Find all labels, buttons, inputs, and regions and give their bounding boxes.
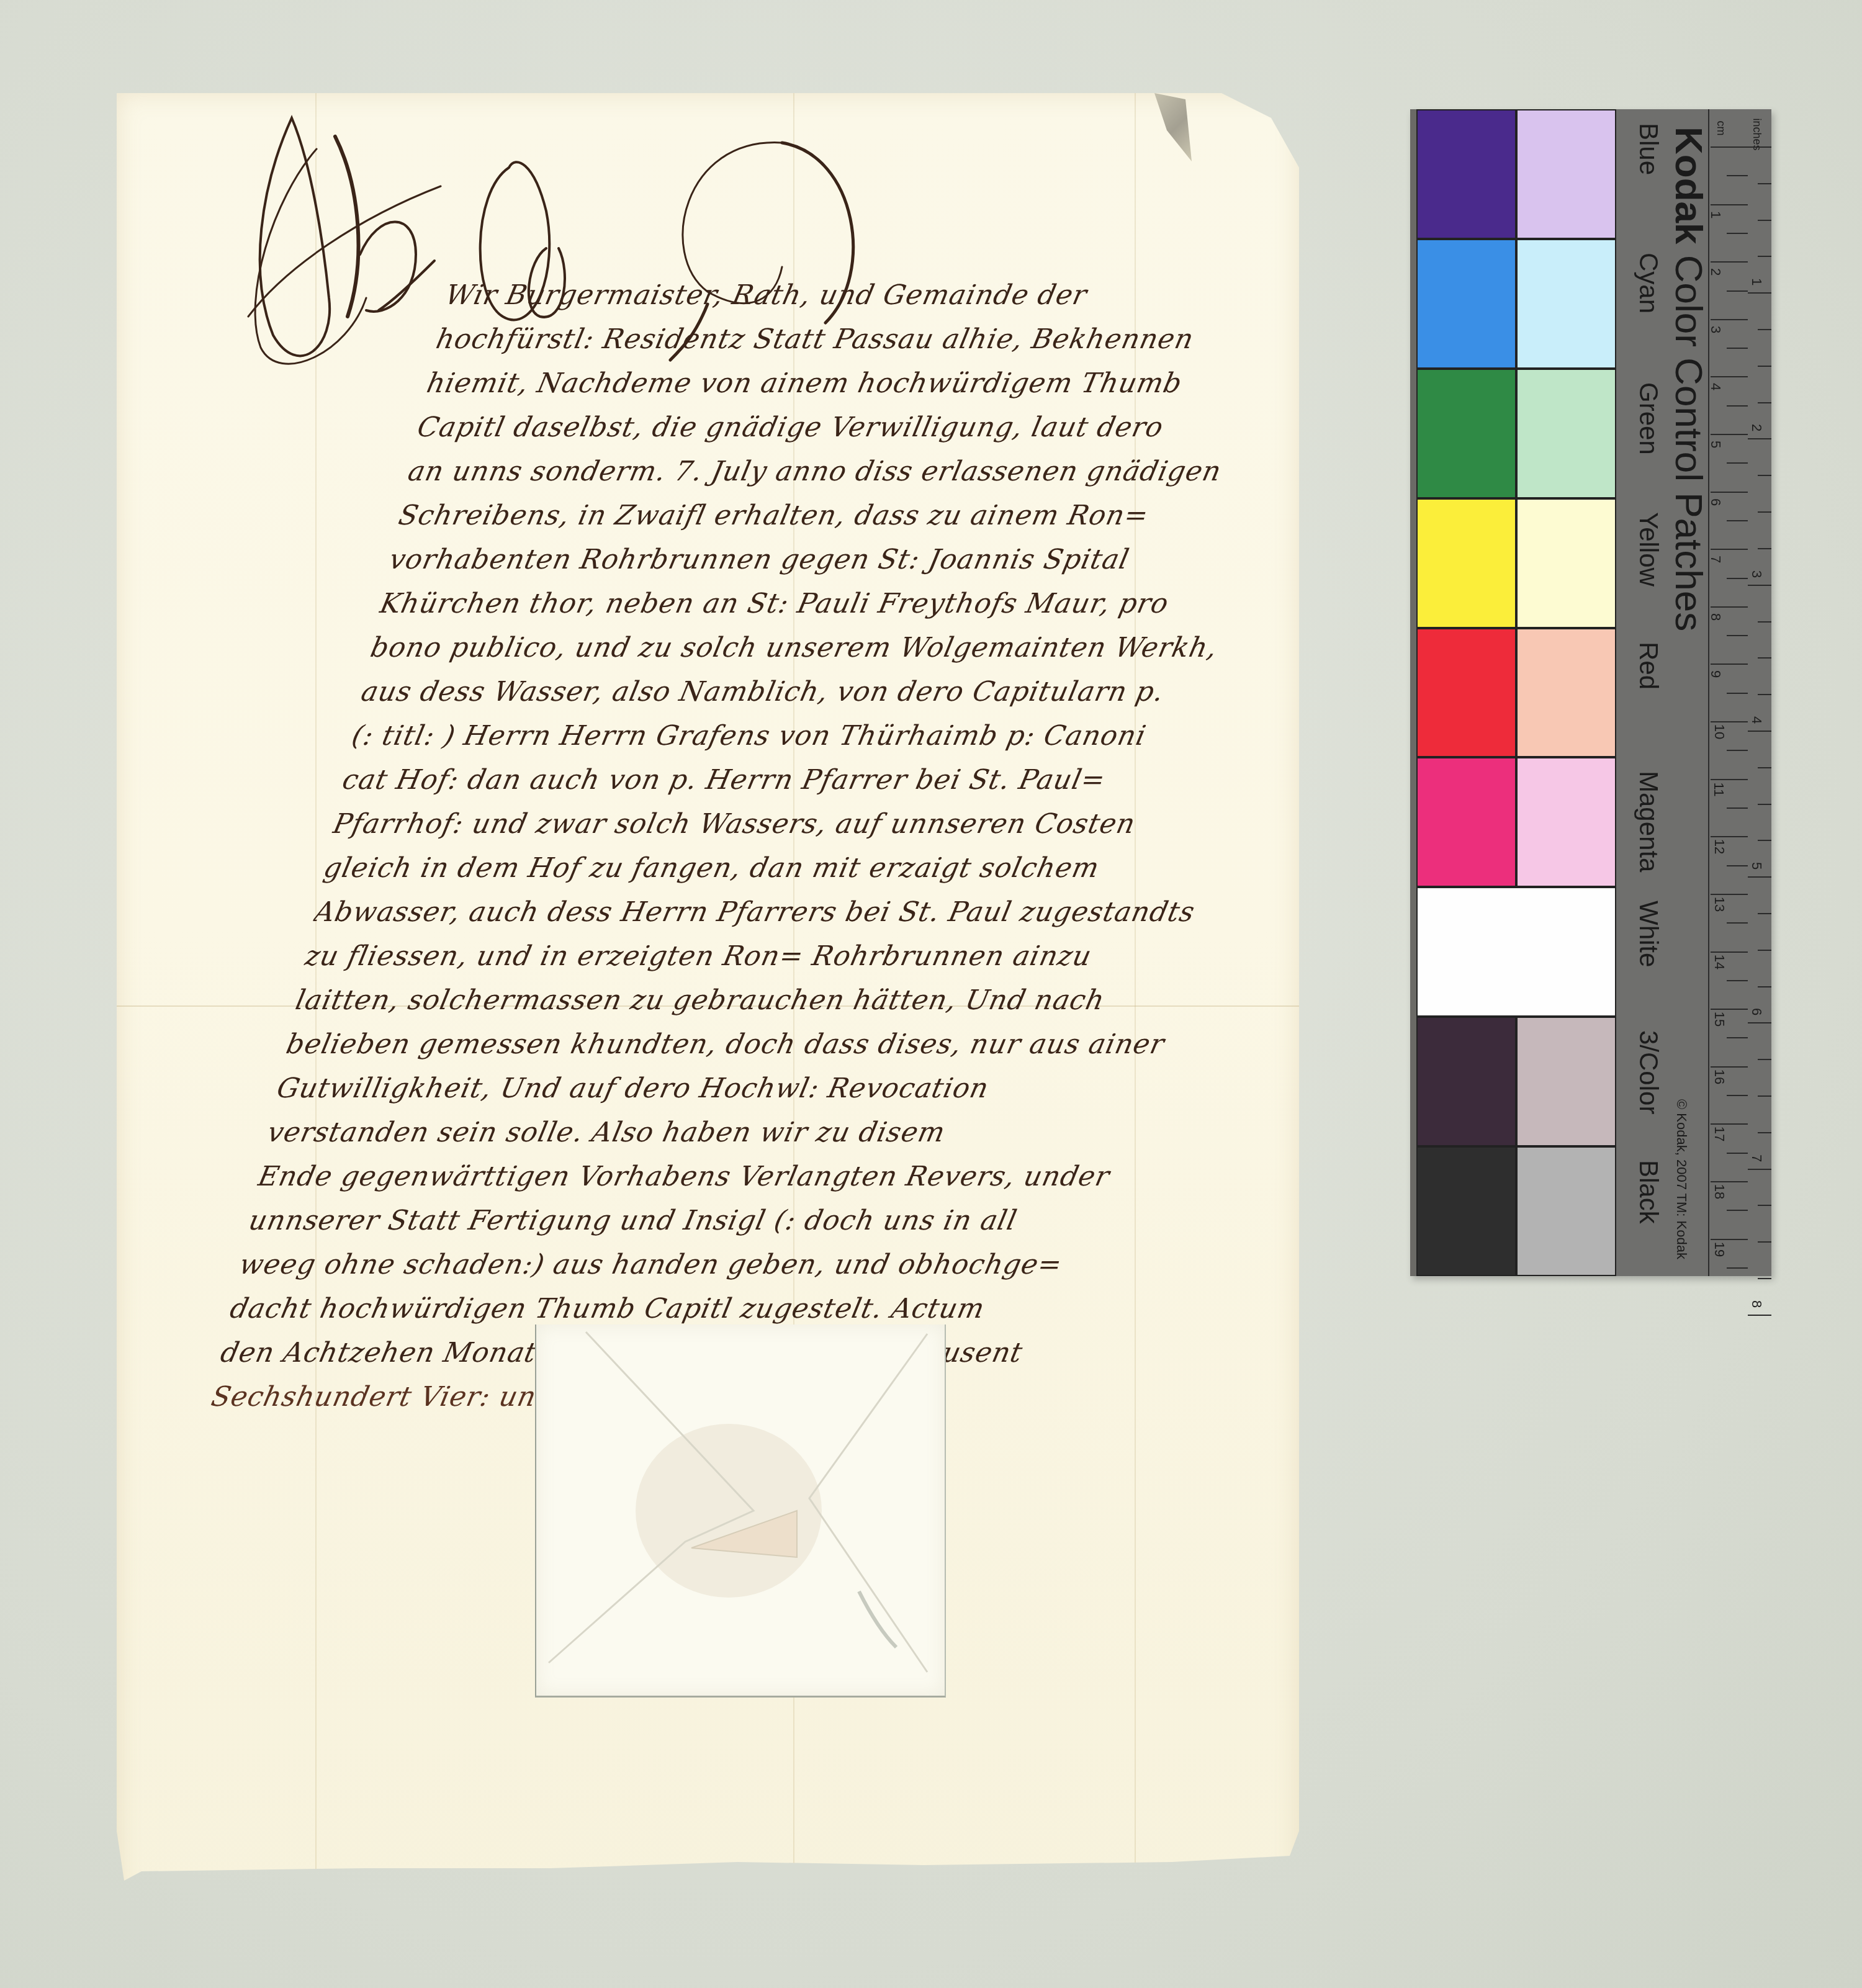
ruler-tick [1711, 836, 1748, 837]
ruler-tick-inch [1748, 438, 1771, 439]
ruler-tick-inch [1758, 366, 1771, 367]
ruler-tick-inch [1758, 1241, 1771, 1243]
text-line: hochfürstl: Residentz Statt Passau alhie… [432, 317, 1360, 361]
ruler-scale: cm inches 123456789101112131415161718191… [1708, 109, 1771, 1276]
patch-3-color-light [1516, 1017, 1616, 1146]
cm-label: 15 [1711, 1012, 1727, 1027]
ruler-tick-inch [1758, 1278, 1771, 1279]
text-line: hiemit, Nachdeme von ainem hochwürdigem … [423, 361, 1351, 405]
ruler-tick-inch [1758, 986, 1771, 987]
patch-blue-light [1516, 109, 1616, 239]
ruler-tick-inch [1758, 1205, 1771, 1206]
ruler-tick-inch [1758, 183, 1771, 184]
ruler-tick [1727, 1153, 1748, 1154]
patch-cyan-dark [1416, 239, 1516, 369]
cm-label: 10 [1711, 724, 1727, 739]
cm-label: 1 [1707, 210, 1724, 218]
ruler-tick [1711, 319, 1748, 320]
ruler-tick-inch [1748, 876, 1771, 878]
patch-black-dark [1416, 1146, 1516, 1276]
ruler-tick [1711, 1066, 1748, 1068]
cm-label: 6 [1707, 498, 1724, 506]
patch-label: Yellow [1634, 512, 1663, 587]
ruler-panel: Kodak Color Control Patches BlueCyanGree… [1616, 109, 1771, 1276]
text-line: Ende gegenwärttigen Vorhabens Verlangten… [254, 1154, 1182, 1199]
ruler-tick [1727, 233, 1748, 234]
cm-label: 19 [1711, 1241, 1727, 1256]
text-line: cat Hof: dan auch von p. Herrn Pfarrer b… [338, 758, 1266, 802]
ruler-tick [1711, 261, 1748, 263]
patch-green-dark [1416, 369, 1516, 498]
inch-label: 5 [1748, 862, 1765, 870]
ruler-tick [1727, 520, 1748, 521]
cm-label: 3 [1707, 326, 1724, 333]
strip-title: Color Control Patches [1667, 255, 1710, 632]
inch-label: 1 [1748, 278, 1765, 286]
text-line: Capitl daselbst, die gnädige Verwilligun… [413, 405, 1341, 449]
text-line: Pfarrhof: und zwar solch Wassers, auf un… [329, 802, 1257, 846]
text-line: unnserer Statt Fertigung und Insigl (: d… [245, 1199, 1172, 1243]
kodak-color-strip: Kodak Color Control Patches BlueCyanGree… [1410, 109, 1771, 1276]
ruler-tick [1727, 693, 1748, 694]
ruler-tick [1711, 1009, 1748, 1010]
cm-label: 13 [1711, 897, 1727, 912]
ruler-tick-inch [1758, 694, 1771, 695]
ruler-tick [1727, 1267, 1748, 1269]
inch-label: 6 [1748, 1008, 1765, 1015]
cm-label: 7 [1707, 555, 1724, 563]
ruler-tick [1711, 1181, 1748, 1182]
text-line: vorhabenten Rohrbrunnen gegen St: Joanni… [385, 537, 1313, 582]
cm-label: 17 [1711, 1127, 1727, 1141]
inch-label: 4 [1748, 716, 1765, 724]
cm-label: 2 [1707, 268, 1724, 276]
patch-label: Blue [1634, 123, 1663, 175]
ruler-tick-inch [1748, 1315, 1771, 1316]
text-line: weeg ohne schaden:) aus handen geben, un… [235, 1243, 1163, 1287]
ruler-tick-inch [1758, 329, 1771, 330]
text-line: Gutwilligkheit, Und auf dero Hochwl: Rev… [272, 1066, 1200, 1110]
text-line: Khürchen thor, neben an St: Pauli Freyth… [376, 582, 1303, 626]
ruler-tick [1727, 290, 1748, 292]
ruler-tick-inch [1758, 548, 1771, 549]
ruler-tick-inch [1748, 1169, 1771, 1170]
ruler-tick-inch [1758, 657, 1771, 659]
cm-label: 4 [1707, 383, 1724, 390]
patch-magenta-light [1516, 757, 1616, 887]
ruler-tick-inch [1758, 256, 1771, 257]
ruler-tick-inch [1758, 621, 1771, 623]
inch-label: 8 [1748, 1300, 1765, 1308]
ruler-tick-inch [1758, 1095, 1771, 1097]
ruler-tick [1727, 865, 1748, 866]
cm-label: 18 [1711, 1184, 1727, 1199]
ruler-tick [1727, 175, 1748, 176]
ruler-tick [1727, 462, 1748, 464]
patch-magenta-dark [1416, 757, 1516, 887]
text-line: an unns sonderm. 7. July anno diss erlas… [404, 449, 1332, 493]
text-line: Wir Burgermaister, Rath, und Gemainde de… [441, 273, 1369, 317]
text-line: zu fliessen, und in erzeigten Ron= Rohrb… [301, 934, 1229, 978]
ruler-tick [1711, 779, 1748, 780]
kodak-logo: Kodak [1667, 127, 1710, 244]
text-line: gleich in dem Hof zu fangen, dan mit erz… [320, 846, 1248, 890]
ruler-tick-inch [1748, 585, 1771, 586]
ruler-tick [1727, 922, 1748, 924]
inch-label: 2 [1748, 424, 1765, 431]
ruler-tick-inch [1748, 292, 1771, 294]
ruler-tick-inch [1748, 1022, 1771, 1023]
copyright-text: © Kodak, 2007 TM: Kodak [1673, 1099, 1689, 1259]
ruler-tick-inch [1758, 767, 1771, 768]
patch-yellow-light [1516, 498, 1616, 628]
ruler-tick [1711, 951, 1748, 953]
ruler-tick [1711, 894, 1748, 895]
unit-cm: cm [1714, 121, 1727, 136]
ruler-tick-inch [1758, 1132, 1771, 1133]
ruler-tick-inch [1758, 840, 1771, 841]
text-line: Schreibens, in Zwaifl erhalten, dass zu … [395, 493, 1323, 537]
ruler-tick-inch [1758, 511, 1771, 513]
ruler-tick [1711, 146, 1748, 148]
ruler-tick [1727, 750, 1748, 751]
text-line: verstanden sein solle. Also haben wir zu… [263, 1110, 1191, 1154]
kodak-brand: Kodak Color Control Patches [1666, 127, 1711, 631]
ruler-tick-inch [1758, 804, 1771, 805]
text-line: (: titl: ) Herrn Herrn Grafens von Thürh… [348, 714, 1275, 758]
ruler-tick [1727, 635, 1748, 636]
patch-3-color-dark [1416, 1017, 1516, 1146]
ruler-tick [1727, 1037, 1748, 1038]
cm-label: 14 [1711, 954, 1727, 969]
patch-label: Red [1634, 642, 1663, 690]
ruler-tick-inch [1758, 950, 1771, 951]
ruler-tick-inch [1748, 731, 1771, 732]
patch-label: White [1634, 901, 1663, 967]
patch-label: Green [1634, 382, 1663, 455]
ruler-tick [1711, 376, 1748, 377]
cm-label: 16 [1711, 1069, 1727, 1084]
cm-label: 11 [1711, 782, 1727, 796]
ruler-tick [1711, 204, 1748, 205]
text-line: aus dess Wasser, also Namblich, von dero… [357, 670, 1285, 714]
patch-label: Magenta [1634, 771, 1663, 872]
ruler-tick [1711, 434, 1748, 435]
text-line: belieben gemessen khundten, doch dass di… [282, 1022, 1210, 1066]
ruler-tick [1711, 549, 1748, 550]
ruler-tick [1711, 1123, 1748, 1125]
ruler-tick [1727, 980, 1748, 981]
inch-label: 3 [1748, 570, 1765, 578]
ruler-tick [1711, 721, 1748, 722]
patch-label: Black [1634, 1160, 1663, 1224]
patch-blue-dark [1416, 109, 1516, 239]
cm-label: 5 [1707, 441, 1724, 448]
ruler-tick-inch [1758, 913, 1771, 914]
ruler-tick [1711, 1239, 1748, 1240]
cm-label: 12 [1711, 839, 1727, 854]
patch-white [1416, 887, 1616, 1017]
patch-label: 3/Color [1634, 1030, 1663, 1114]
ruler-tick-inch [1758, 1059, 1771, 1060]
ruler-tick [1727, 807, 1748, 809]
ruler-tick [1727, 578, 1748, 579]
patch-red-dark [1416, 628, 1516, 758]
text-line: Abwasser, auch dess Herrn Pfarrers bei S… [310, 890, 1238, 934]
ruler-tick [1727, 1095, 1748, 1096]
paper-seal [535, 1325, 946, 1698]
ruler-tick [1727, 405, 1748, 407]
patch-red-light [1516, 628, 1616, 758]
text-line: bono publico, und zu solch unserem Wolge… [366, 626, 1294, 670]
patch-yellow-dark [1416, 498, 1516, 628]
ruler-tick [1711, 492, 1748, 493]
unit-inches: inches [1750, 118, 1763, 150]
patch-label: Cyan [1634, 253, 1663, 313]
patch-green-light [1516, 369, 1616, 498]
ruler-tick-inch [1758, 475, 1771, 476]
ruler-tick [1711, 663, 1748, 665]
ruler-tick [1711, 606, 1748, 608]
inch-label: 7 [1748, 1154, 1765, 1161]
text-line: laitten, solchermassen zu gebrauchen hät… [292, 978, 1220, 1022]
ruler-tick [1727, 1210, 1748, 1211]
cm-label: 8 [1707, 613, 1724, 621]
cm-label: 9 [1707, 670, 1724, 678]
ruler-tick-inch [1748, 146, 1771, 148]
patch-cyan-light [1516, 239, 1616, 369]
color-patches [1410, 109, 1616, 1276]
ruler-tick-inch [1758, 402, 1771, 403]
ruler-tick [1727, 348, 1748, 349]
ruler-tick-inch [1758, 220, 1771, 221]
patch-black-light [1516, 1146, 1616, 1276]
